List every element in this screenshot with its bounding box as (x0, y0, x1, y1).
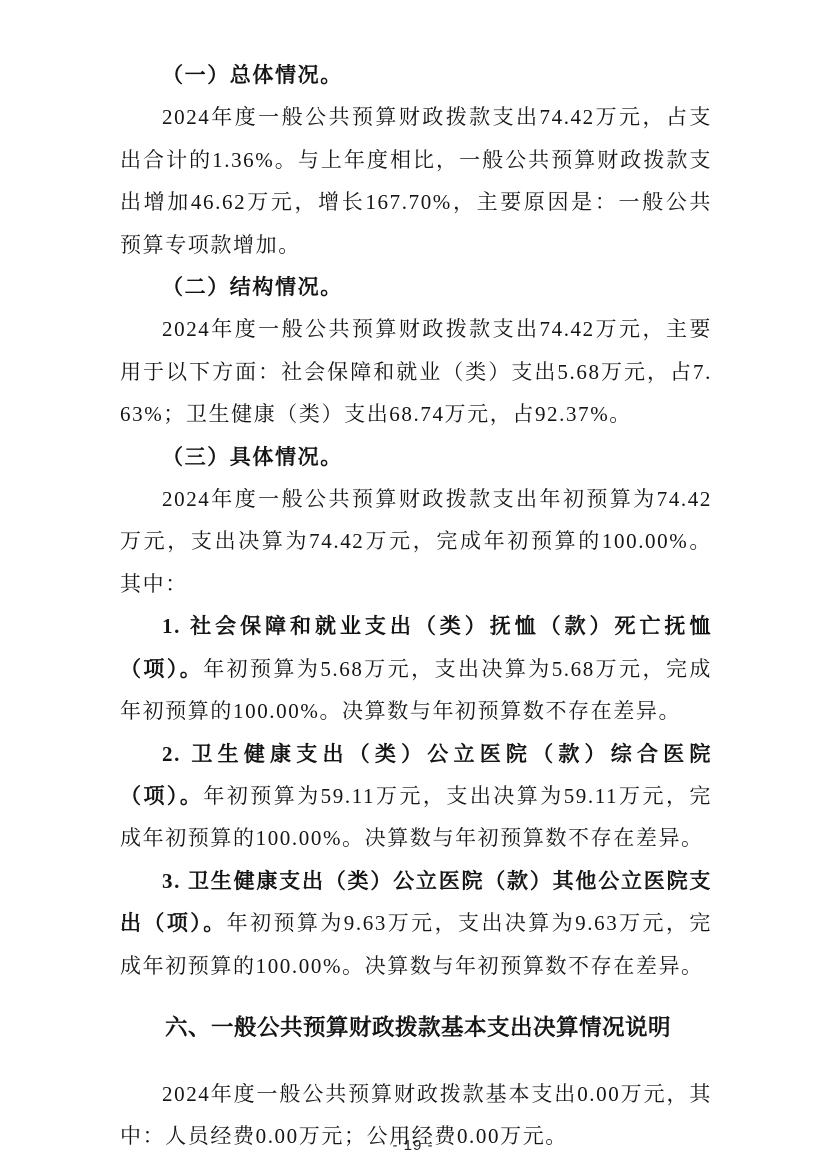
list-item-2-body: 年初预算为59.11万元，支出决算为59.11万元，完成年初预算的100.00%… (120, 784, 712, 850)
list-item-2: 2. 卫生健康支出（类）公立医院（款）综合医院（项）。年初预算为59.11万元，… (120, 733, 712, 860)
list-item-3: 3. 卫生健康支出（类）公立医院（款）其他公立医院支出（项）。年初预算为9.63… (120, 860, 712, 987)
paragraph-structure-situation: 2024年度一般公共预算财政拨款支出74.42万元，主要用于以下方面：社会保障和… (120, 308, 712, 435)
section-heading-basic-expenditure: 六、一般公共预算财政拨款基本支出决算情况说明 (120, 1007, 712, 1049)
subsection-heading-detail: （三）具体情况。 (120, 436, 712, 478)
list-item-1: 1. 社会保障和就业支出（类）抚恤（款）死亡抚恤（项）。年初预算为5.68万元，… (120, 605, 712, 732)
subsection-heading-structure: （二）结构情况。 (120, 266, 712, 308)
document-page: （一）总体情况。 2024年度一般公共预算财政拨款支出74.42万元，占支出合计… (0, 0, 826, 1169)
paragraph-overall-situation: 2024年度一般公共预算财政拨款支出74.42万元，占支出合计的1.36%。与上… (120, 96, 712, 266)
document-content: （一）总体情况。 2024年度一般公共预算财政拨款支出74.42万元，占支出合计… (120, 54, 712, 1158)
list-item-1-body: 年初预算为5.68万元，支出决算为5.68万元，完成年初预算的100.00%。决… (120, 657, 712, 723)
subsection-heading-overall: （一）总体情况。 (120, 54, 712, 96)
page-number: - 19 - (0, 1137, 826, 1154)
paragraph-detail-intro: 2024年度一般公共预算财政拨款支出年初预算为74.42万元，支出决算为74.4… (120, 478, 712, 605)
